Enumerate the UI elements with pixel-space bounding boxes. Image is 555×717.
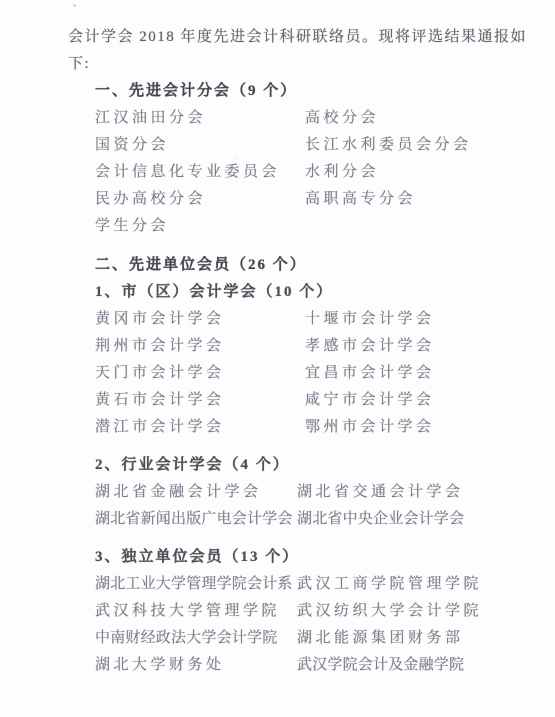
list-item: 鄂州市会计学会 <box>305 414 435 441</box>
list-item: 长江水利委员会分会 <box>305 132 472 159</box>
list-row: 民办高校分会 高职高专分会 <box>95 186 555 213</box>
list-item: 高校分会 <box>305 105 379 132</box>
subsection-heading-independent-units: 3、独立单位会员（13 个） <box>95 544 555 571</box>
document-page: 会计学会 2018 年度先进会计科研联络员。现将评选结果通报如 下: 一、先进会… <box>0 0 555 717</box>
intro-line-2: 下: <box>68 51 555 78</box>
list-item: 学生分会 <box>95 213 305 240</box>
list-item: 水利分会 <box>305 159 379 186</box>
list-row: 武汉科技大学管理学院 武汉纺织大学会计学院 <box>95 598 555 625</box>
list-row: 中南财经政法大学会计学院 湖北能源集团财务部 <box>95 625 555 652</box>
list-row: 湖北省新闻出版广电会计学会 湖北省中央企业会计学会 <box>95 506 555 533</box>
list-item: 高职高专分会 <box>305 186 416 213</box>
list-item: 荆州市会计学会 <box>95 333 305 360</box>
list-item: 咸宁市会计学会 <box>305 387 435 414</box>
list-item: 黄石市会计学会 <box>95 387 305 414</box>
list-item: 湖北省中央企业会计学会 <box>297 506 464 533</box>
scan-speck <box>73 4 76 7</box>
list-row: 湖北省金融会计学会 湖北省交通会计学会 <box>95 479 555 506</box>
intro-paragraph: 会计学会 2018 年度先进会计科研联络员。现将评选结果通报如 下: <box>68 24 555 78</box>
list-item: 武汉纺织大学会计学院 <box>297 598 482 625</box>
list-item: 潜江市会计学会 <box>95 414 305 441</box>
list-row: 国资分会 长江水利委员会分会 <box>95 132 555 159</box>
section-heading-advanced-unit-members: 二、先进单位会员（26 个） <box>95 252 555 279</box>
industry-societies-list: 湖北省金融会计学会 湖北省交通会计学会 湖北省新闻出版广电会计学会 湖北省中央企… <box>95 479 555 533</box>
list-item: 湖北工业大学管理学院会计系 <box>95 571 297 598</box>
subsection-heading-industry-societies: 2、行业会计学会（4 个） <box>95 452 555 479</box>
list-row: 潜江市会计学会 鄂州市会计学会 <box>95 414 555 441</box>
list-item: 武汉科技大学管理学院 <box>95 598 297 625</box>
list-item: 武汉学院会计及金融学院 <box>297 652 464 679</box>
list-item: 会计信息化专业委员会 <box>95 159 305 186</box>
list-row: 湖北大学财务处 武汉学院会计及金融学院 <box>95 652 555 679</box>
list-item: 黄冈市会计学会 <box>95 306 305 333</box>
list-item: 中南财经政法大学会计学院 <box>95 625 297 652</box>
list-item: 国资分会 <box>95 132 305 159</box>
list-item: 湖北省金融会计学会 <box>95 479 297 506</box>
list-item: 江汉油田分会 <box>95 105 305 132</box>
list-item: 民办高校分会 <box>95 186 305 213</box>
list-item: 湖北省新闻出版广电会计学会 <box>95 506 297 533</box>
list-row: 荆州市会计学会 孝感市会计学会 <box>95 333 555 360</box>
list-row: 江汉油田分会 高校分会 <box>95 105 555 132</box>
list-row: 学生分会 <box>95 213 555 240</box>
intro-line-1: 会计学会 2018 年度先进会计科研联络员。现将评选结果通报如 <box>68 24 555 51</box>
list-item: 湖北能源集团财务部 <box>297 625 464 652</box>
list-item: 天门市会计学会 <box>95 360 305 387</box>
section-heading-advanced-branches: 一、先进会计分会（9 个） <box>95 78 555 105</box>
city-societies-list: 黄冈市会计学会 十堰市会计学会 荆州市会计学会 孝感市会计学会 天门市会计学会 … <box>95 306 555 441</box>
list-row: 会计信息化专业委员会 水利分会 <box>95 159 555 186</box>
independent-units-list: 湖北工业大学管理学院会计系 武汉工商学院管理学院 武汉科技大学管理学院 武汉纺织… <box>95 571 555 679</box>
subsection-heading-city-societies: 1、市（区）会计学会（10 个） <box>95 279 555 306</box>
list-item: 武汉工商学院管理学院 <box>297 571 482 598</box>
list-row: 天门市会计学会 宜昌市会计学会 <box>95 360 555 387</box>
list-item: 湖北省交通会计学会 <box>297 479 464 506</box>
advanced-branches-list: 江汉油田分会 高校分会 国资分会 长江水利委员会分会 会计信息化专业委员会 水利… <box>95 105 555 240</box>
list-item: 十堰市会计学会 <box>305 306 435 333</box>
list-row: 黄石市会计学会 咸宁市会计学会 <box>95 387 555 414</box>
list-item: 湖北大学财务处 <box>95 652 297 679</box>
list-item: 宜昌市会计学会 <box>305 360 435 387</box>
list-row: 黄冈市会计学会 十堰市会计学会 <box>95 306 555 333</box>
list-row: 湖北工业大学管理学院会计系 武汉工商学院管理学院 <box>95 571 555 598</box>
scan-speck <box>234 157 236 159</box>
list-item: 孝感市会计学会 <box>305 333 435 360</box>
